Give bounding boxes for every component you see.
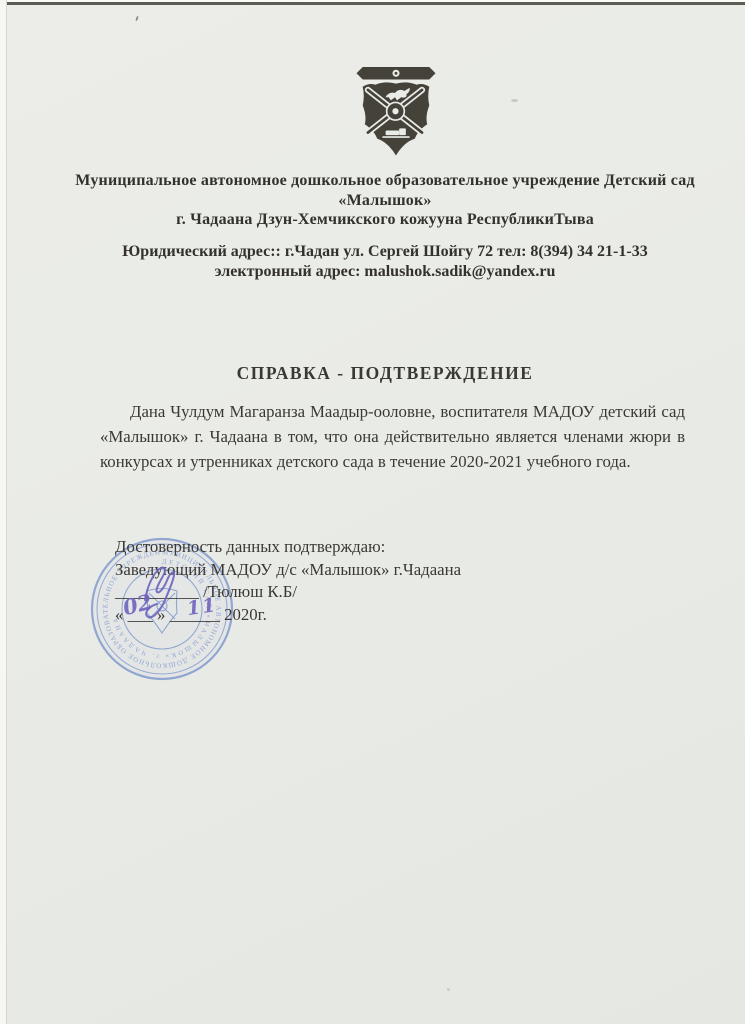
- scan-edge-top-line: [6, 2, 745, 5]
- scan-edge-left-line: [6, 0, 7, 1024]
- legal-address-line: Юридический адрес:: г.Чадан ул. Сергей Ш…: [25, 242, 745, 262]
- paper-speck: [135, 16, 139, 21]
- org-address: Юридический адрес:: г.Чадан ул. Сергей Ш…: [25, 242, 745, 281]
- handwritten-signature: [131, 560, 201, 630]
- signatory-name: /Тюлюш К.Б/: [203, 582, 297, 601]
- document-page: Муниципальное автономное дошкольное обра…: [0, 0, 745, 1024]
- org-name-line2: «Малышок»: [25, 191, 745, 211]
- year-text: 2020г.: [224, 605, 267, 624]
- org-name-line1: Муниципальное автономное дошкольное обра…: [25, 171, 745, 191]
- paper-speck: [447, 988, 450, 991]
- confirmation-line: Достоверность данных подтверждаю:: [115, 536, 535, 559]
- document-title: СПРАВКА - ПОДТВЕРЖДЕНИЕ: [25, 363, 745, 384]
- org-header: Муниципальное автономное дошкольное обра…: [25, 171, 745, 230]
- signature-block: Достоверность данных подтверждаю: Заведу…: [115, 536, 535, 626]
- paper-speck: [511, 99, 518, 102]
- email-address-line: электронный адрес: malushok.sadik@yandex…: [25, 262, 745, 282]
- coat-of-arms-icon: [354, 66, 438, 170]
- document-body: Дана Чулдум Магаранза Маадыр-ооловне, во…: [100, 399, 685, 474]
- org-location-line: г. Чадаана Дзун-Хемчикского кожууна Респ…: [25, 210, 745, 230]
